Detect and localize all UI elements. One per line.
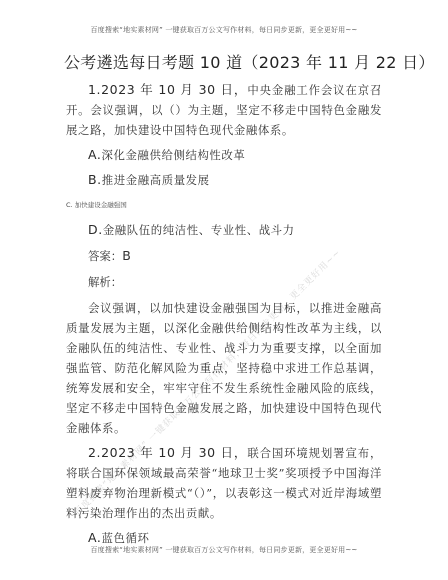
option-letter: D. [88, 222, 103, 237]
option-letter: A. [88, 530, 102, 545]
question-2-number: 2.2023 年 10 月 30 日， [88, 445, 247, 460]
option-text: 金融队伍的纯洁性、专业性、战斗力 [103, 223, 295, 237]
option-letter: A. [88, 147, 102, 162]
footer-banner: 百度搜索“地实素材网” 一键获取百万公文写作材料，每日同步更新，更全更好用~~ [0, 545, 448, 555]
question-1-analysis: 会议强调，以加快建设金融强国为目标，以推进金融高质量发展为主题，以深化金融供给侧… [66, 298, 382, 438]
question-1-option-b: B.推进金融高质量发展 [66, 170, 382, 190]
option-text: 深化金融供给侧结构性改革 [102, 148, 246, 162]
question-1-option-a: A.深化金融供给侧结构性改革 [66, 145, 382, 165]
question-1-option-c: C. 加快建设金融强国 [66, 195, 382, 215]
question-1-option-d: D.金融队伍的纯洁性、专业性、战斗力 [66, 220, 382, 240]
question-1-answer: 答案：B [66, 246, 382, 266]
answer-label: 答案： [88, 249, 122, 263]
document-body: 1.2023 年 10 月 30 日，中央金融工作会议在京召开。会议强调，以（）… [66, 80, 382, 553]
question-1-number: 1.2023 年 10 月 30 日， [88, 82, 247, 97]
option-text: 蓝色循环 [102, 531, 150, 545]
question-1-analysis-label: 解析： [66, 272, 382, 292]
option-text: 推进金融高质量发展 [102, 173, 210, 187]
option-text: 加快建设金融强国 [75, 201, 127, 209]
question-2-stem: 2.2023 年 10 月 30 日，联合国环境规划署宣布，将联合国环保领域最高… [66, 443, 382, 523]
option-letter: C. [66, 201, 73, 209]
page-title: 公考遴选每日考题 10 道（2023 年 11 月 22 日） [64, 50, 435, 73]
header-banner: 百度搜索“地实素材网” 一键获取百万公文写作材料，每日同步更新，更全更好用~~ [0, 25, 448, 35]
answer-value: B [122, 248, 131, 263]
option-letter: B. [88, 172, 102, 187]
question-1-stem: 1.2023 年 10 月 30 日，中央金融工作会议在京召开。会议强调，以（）… [66, 80, 382, 140]
